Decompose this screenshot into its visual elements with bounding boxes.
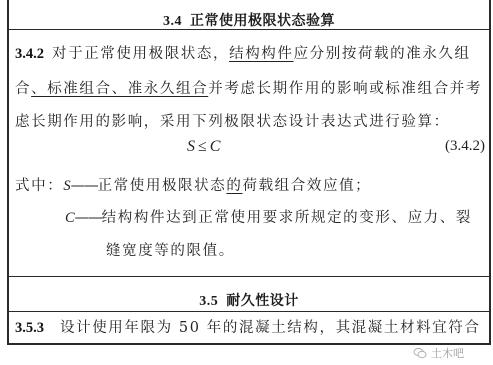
text: 荷载组合效应值； (242, 178, 371, 194)
equation-number: (3.4.2) (445, 138, 485, 155)
definition-C-line-1: C——结构构件达到正常使用要求所规定的变形、应力、裂 (65, 206, 472, 227)
symbol-S: S (63, 178, 70, 194)
symbol-C: C (65, 210, 75, 226)
divider (7, 276, 491, 277)
section-number: 3.4 (163, 14, 182, 29)
underlined-text: 的 (226, 178, 242, 194)
text: 并考虑长期作用的影响或标准组合并考 (208, 81, 482, 97)
underlined-text: 结构构件 (229, 46, 293, 62)
formula-lhs: S (187, 138, 195, 155)
section-heading-3-5: 3.5耐久性设计 (9, 290, 489, 310)
where-label: 式中： (15, 178, 63, 194)
text: 对于正常使用极限状态， (52, 46, 229, 62)
wechat-icon (413, 347, 427, 359)
dash: —— (71, 178, 98, 194)
watermark: 土木吧 (413, 345, 464, 361)
text: 合 (15, 81, 31, 97)
formula: S≤C (187, 138, 220, 156)
clause-number: 3.5.3 (15, 320, 44, 336)
section-title: 正常使用极限状态验算 (190, 13, 335, 29)
text: 结构构件达到正常使用要求所规定的变形、应力、裂 (102, 210, 472, 226)
clause-3-4-2-line-3: 虑长期作用的影响，采用下列极限状态设计表达式进行验算： (15, 110, 450, 131)
text: 缝宽度等的限值。 (106, 243, 235, 259)
definition-S: 式中：S——正常使用极限状态的荷载组合效应值； (15, 174, 371, 195)
definition-C-line-2: 缝宽度等的限值。 (106, 239, 235, 260)
section-number: 3.5 (199, 294, 218, 309)
underlined-text: 、标准组合、准永久组合 (31, 81, 208, 97)
text: 设计使用年限为 50 年的混凝土结构，其混凝土材料宜符合 (60, 320, 480, 336)
dash: —— (75, 210, 102, 226)
watermark-text: 土木吧 (431, 345, 464, 361)
document-frame: 3.4正常使用极限状态验算 3.4.2对于正常使用极限状态，结构构件应分别按荷载… (7, 0, 491, 345)
text: 正常使用极限状态 (98, 178, 227, 194)
formula-operator: ≤ (195, 138, 210, 155)
divider (7, 311, 491, 312)
clause-3-5-3: 3.5.3设计使用年限为 50 年的混凝土结构，其混凝土材料宜符合 (15, 316, 480, 337)
divider (7, 29, 491, 30)
section-heading-3-4: 3.4正常使用极限状态验算 (9, 10, 489, 30)
text: 应分别按荷载的准永久组 (294, 46, 471, 62)
text: 虑长期作用的影响，采用下列极限状态设计表达式进行验算： (15, 114, 450, 130)
clause-3-4-2-line-1: 3.4.2对于正常使用极限状态，结构构件应分别按荷载的准永久组 (15, 42, 471, 63)
clause-number: 3.4.2 (15, 46, 44, 62)
clause-3-4-2-line-2: 合、标准组合、准永久组合并考虑长期作用的影响或标准组合并考 (15, 77, 482, 98)
formula-rhs: C (210, 138, 221, 155)
section-title: 耐久性设计 (226, 293, 299, 309)
